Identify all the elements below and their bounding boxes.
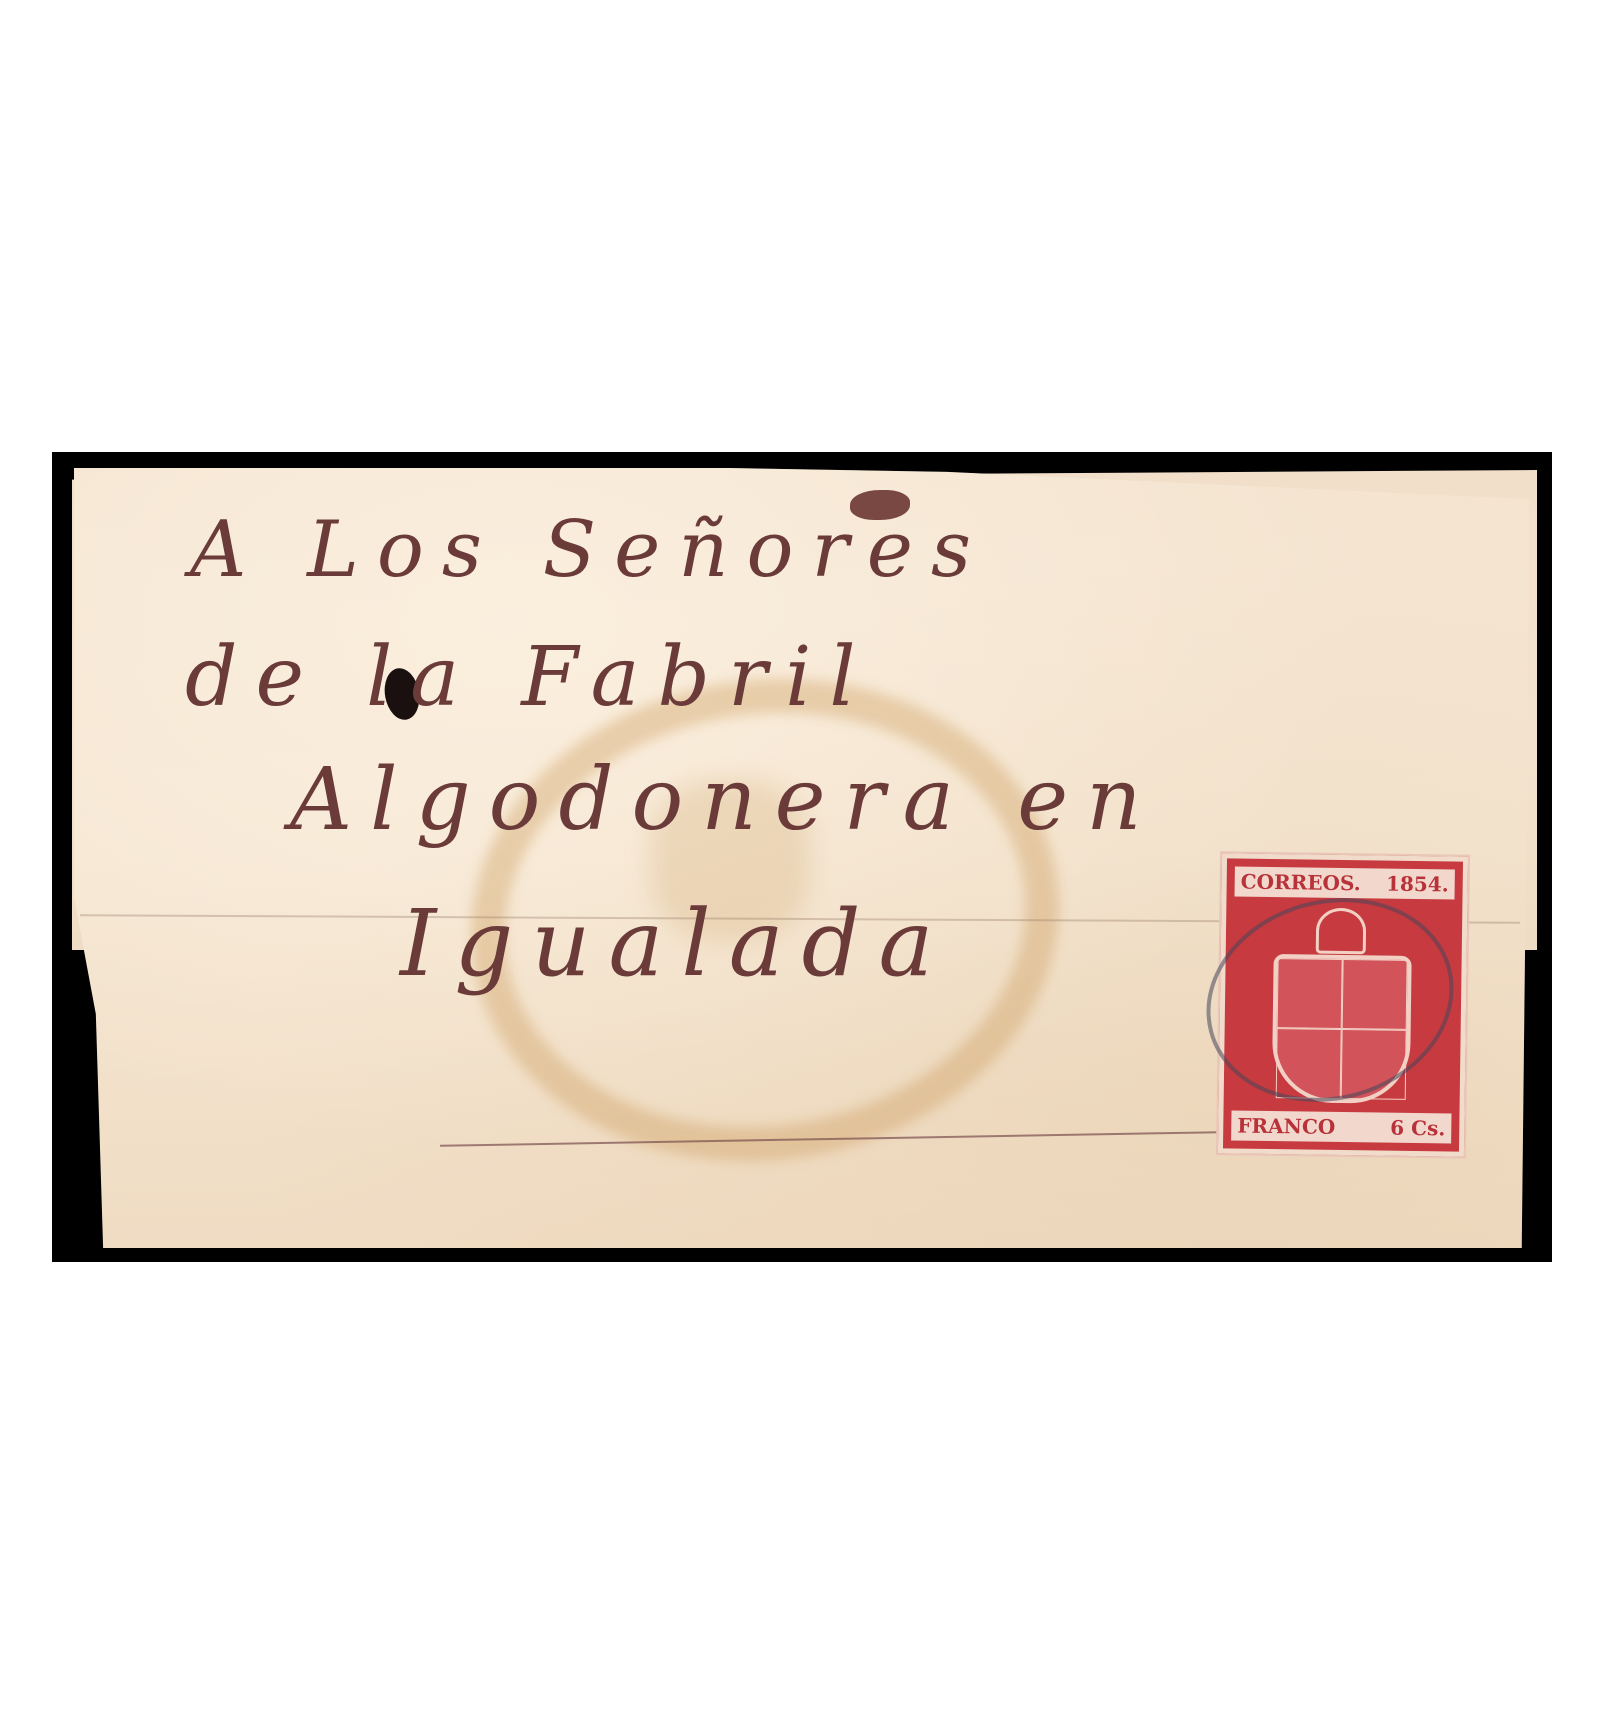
stamp-year: 1854. [1386, 872, 1449, 897]
stamp-bottom-band: FRANCO 6 Cs. [1231, 1110, 1451, 1143]
stamp-value: 6 Cs. [1390, 1116, 1445, 1141]
address-line-2: de la Fabril [185, 630, 874, 725]
address-line-1: A Los Señores [190, 505, 989, 595]
address-line-3: Algodonera en [290, 750, 1160, 850]
stamp-top-band: CORREOS. 1854. [1235, 866, 1455, 899]
address-line-4: Igualada [400, 890, 951, 997]
stamp-franco-label: FRANCO [1237, 1114, 1335, 1139]
stamp-country-label: CORREOS. [1241, 870, 1361, 896]
